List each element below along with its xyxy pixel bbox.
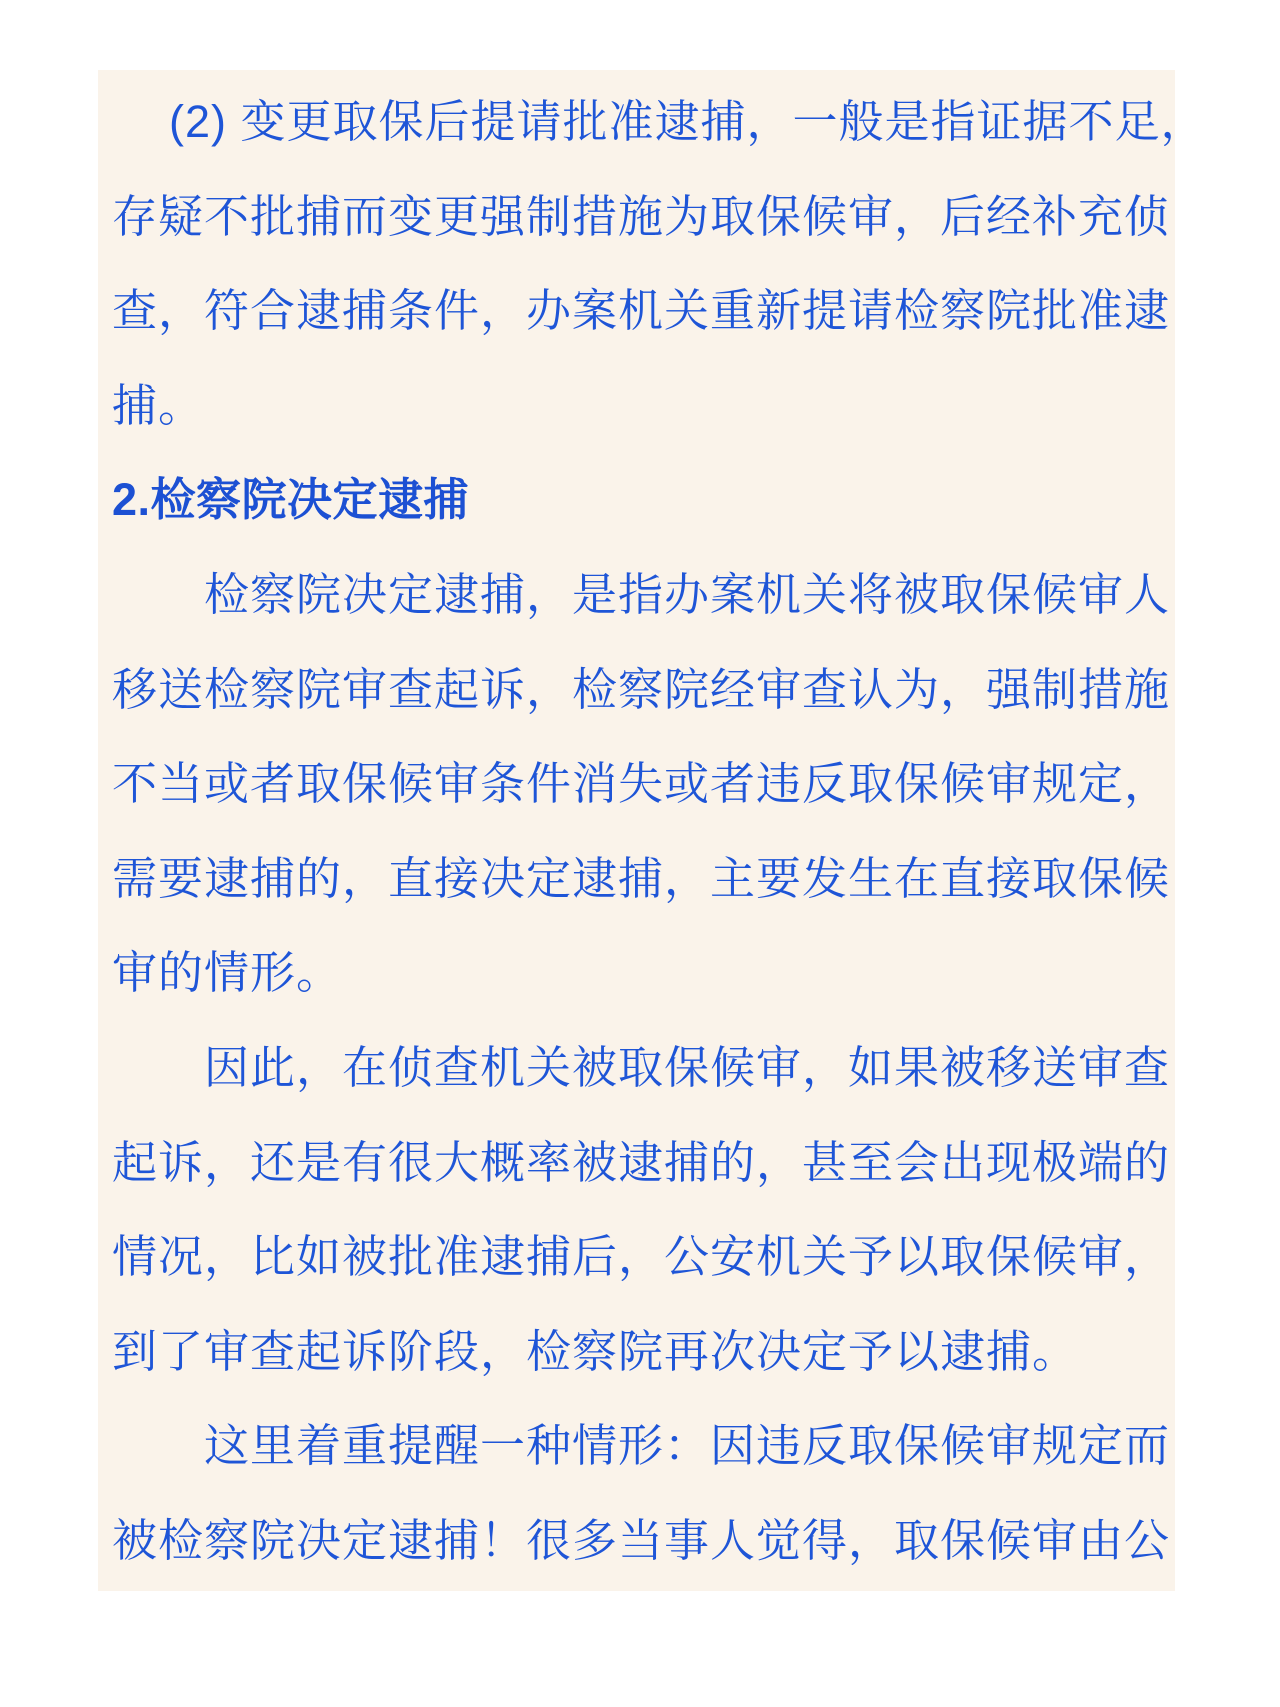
paragraph-line: 被检察院决定逮捕！很多当事人觉得，取保候审由公: [112, 1494, 1165, 1589]
section-heading: 2.检察院决定逮捕: [112, 453, 1165, 548]
paragraph-line: 这里着重提醒一种情形：因违反取保候审规定而: [112, 1399, 1165, 1494]
paragraph-line: 因此，在侦查机关被取保候审，如果被移送审查: [112, 1021, 1165, 1116]
paragraph-line: 检察院决定逮捕，是指办案机关将被取保候审人: [112, 548, 1165, 643]
paragraph-line: 审的情形。: [112, 926, 1165, 1021]
paragraph-line: 存疑不批捕而变更强制措施为取保候审，后经补充侦: [112, 170, 1165, 265]
page: (2) 变更取保后提请批准逮捕，一般是指证据不足， 存疑不批捕而变更强制措施为取…: [0, 0, 1280, 1707]
article-card: (2) 变更取保后提请批准逮捕，一般是指证据不足， 存疑不批捕而变更强制措施为取…: [98, 70, 1175, 1591]
paragraph-line: (2) 变更取保后提请批准逮捕，一般是指证据不足，: [112, 75, 1165, 170]
paragraph-line: 捕。: [112, 359, 1165, 454]
paragraph-line: 到了审查起诉阶段，检察院再次决定予以逮捕。: [112, 1305, 1165, 1400]
paragraph-line: 移送检察院审查起诉，检察院经审查认为，强制措施: [112, 643, 1165, 738]
paragraph-line: 起诉，还是有很大概率被逮捕的，甚至会出现极端的: [112, 1116, 1165, 1211]
paragraph-line: 不当或者取保候审条件消失或者违反取保候审规定，: [112, 737, 1165, 832]
paragraph-line: 查，符合逮捕条件，办案机关重新提请检察院批准逮: [112, 264, 1165, 359]
paragraph-line: 情况，比如被批准逮捕后，公安机关予以取保候审，: [112, 1210, 1165, 1305]
paragraph-line: 需要逮捕的，直接决定逮捕，主要发生在直接取保候: [112, 832, 1165, 927]
